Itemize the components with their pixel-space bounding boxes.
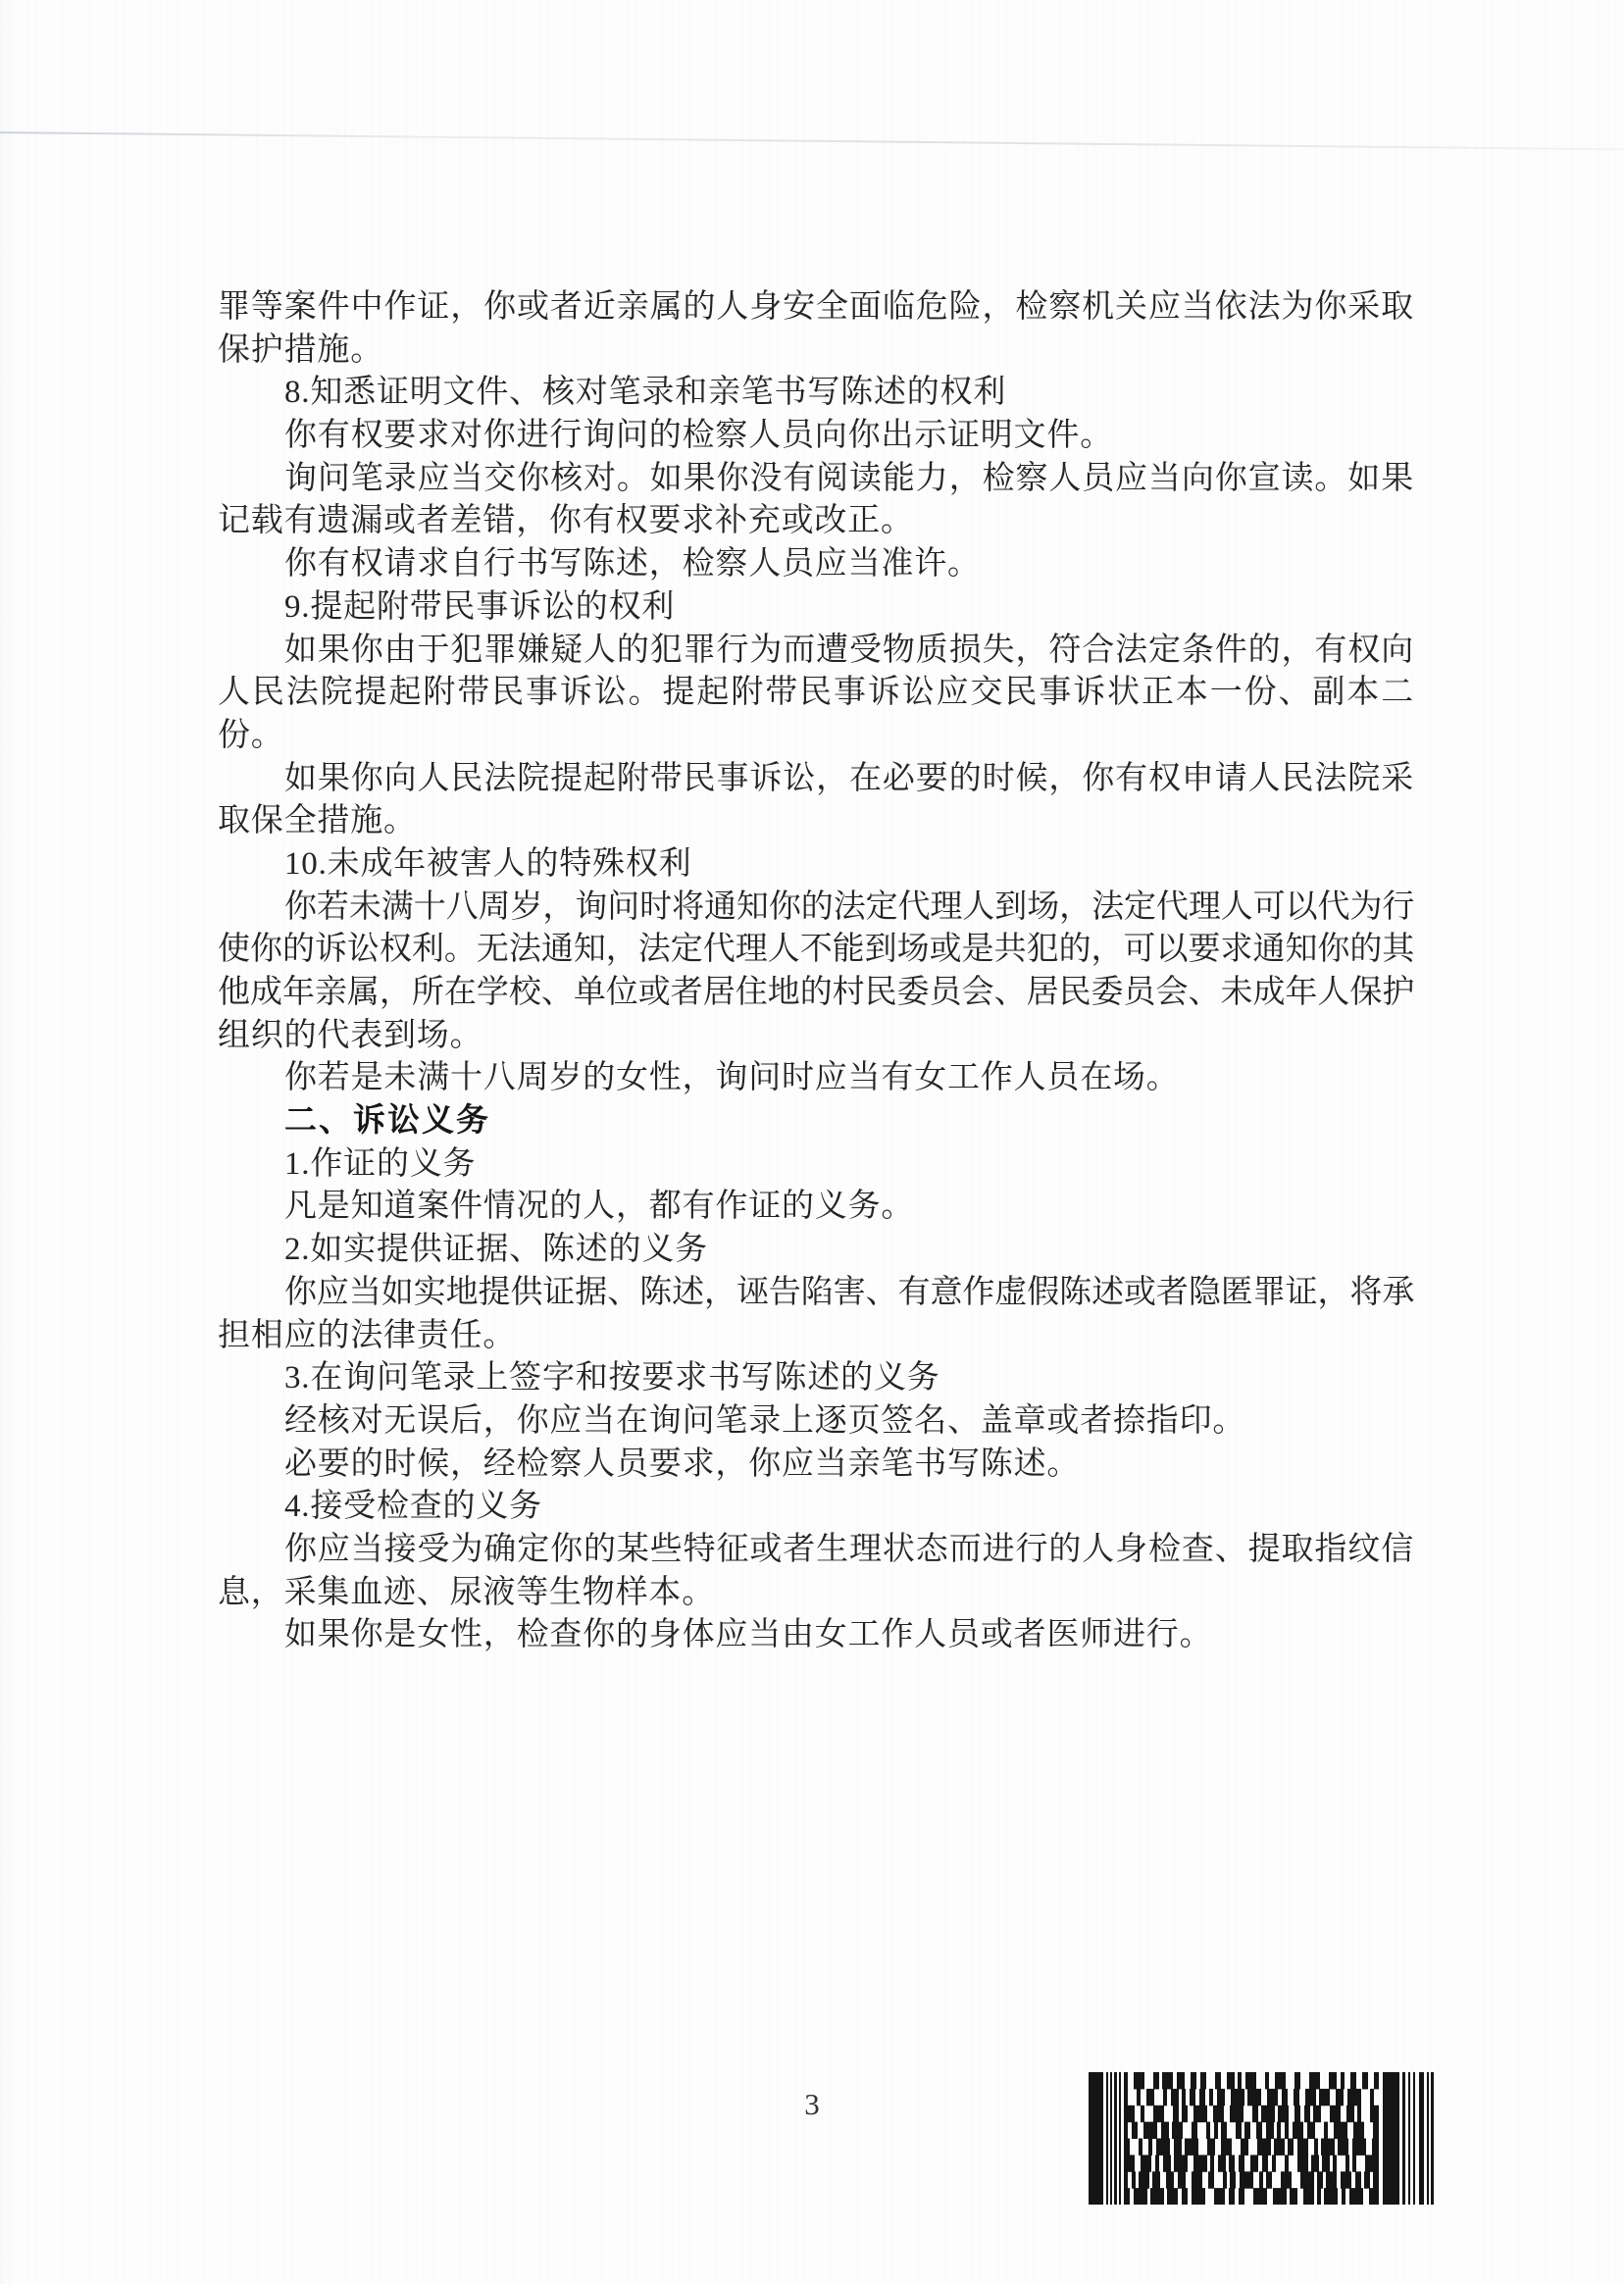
text-line: 如果你由于犯罪嫌疑人的犯罪行为而遭受物质损失，符合法定条件的，有权向 <box>218 630 1414 673</box>
text-line: 如果你是女性，检查你的身体应当由女工作人员或者医师进行。 <box>218 1614 1414 1657</box>
item-heading-10: 10.未成年被害人的特殊权利 <box>218 843 1414 887</box>
item-heading-2: 2.如实提供证据、陈述的义务 <box>218 1229 1414 1272</box>
text-line: 凡是知道案件情况的人，都有作证的义务。 <box>218 1186 1414 1229</box>
text-line: 人民法院提起附带民事诉讼。提起附带民事诉讼应交民事诉状正本一份、副本二 <box>218 672 1414 715</box>
text-line: 你有权要求对你进行询问的检察人员向你出示证明文件。 <box>218 415 1414 458</box>
text-line: 使你的诉讼权利。无法通知，法定代理人不能到场或是共犯的，可以要求通知你的其 <box>218 929 1414 972</box>
item-heading-3: 3.在询问笔录上签字和按要求书写陈述的义务 <box>218 1357 1414 1400</box>
text-line: 罪等案件中作证，你或者近亲属的人身安全面临危险，检察机关应当依法为你采取 <box>218 286 1414 330</box>
text-line: 你应当如实地提供证据、陈述，诬告陷害、有意作虚假陈述或者隐匿罪证，将承 <box>218 1272 1414 1315</box>
text-line: 担相应的法律责任。 <box>218 1315 1414 1358</box>
text-line: 他成年亲属，所在学校、单位或者居住地的村民委员会、居民委员会、未成年人保护 <box>218 972 1414 1015</box>
pdf417-barcode-graphic <box>1089 2072 1435 2205</box>
item-heading-4: 4.接受检查的义务 <box>218 1486 1414 1529</box>
text-line: 你若是未满十八周岁的女性，询问时应当有女工作人员在场。 <box>218 1057 1414 1100</box>
text-line: 询问笔录应当交你核对。如果你没有阅读能力，检察人员应当向你宣读。如果 <box>218 458 1414 501</box>
text-line: 如果你向人民法院提起附带民事诉讼，在必要的时候，你有权申请人民法院采 <box>218 758 1414 801</box>
text-line: 息，采集血迹、尿液等生物样本。 <box>218 1572 1414 1615</box>
item-heading-8: 8.知悉证明文件、核对笔录和亲笔书写陈述的权利 <box>218 372 1414 415</box>
text-line: 必要的时候，经检察人员要求，你应当亲笔书写陈述。 <box>218 1444 1414 1487</box>
text-line: 记载有遗漏或者差错，你有权要求补充或改正。 <box>218 500 1414 543</box>
scan-crease-line <box>0 131 1624 151</box>
text-line: 组织的代表到场。 <box>218 1015 1414 1058</box>
text-line: 你若未满十八周岁，询问时将通知你的法定代理人到场，法定代理人可以代为行 <box>218 887 1414 930</box>
document-body: 罪等案件中作证，你或者近亲属的人身安全面临危险，检察机关应当依法为你采取 保护措… <box>218 286 1414 1657</box>
text-line: 你应当接受为确定你的某些特征或者生理状态而进行的人身检查、提取指纹信 <box>218 1529 1414 1572</box>
item-heading-1: 1.作证的义务 <box>218 1143 1414 1187</box>
pdf417-barcode <box>1089 2072 1435 2205</box>
text-line: 你有权请求自行书写陈述，检察人员应当准许。 <box>218 543 1414 586</box>
section-heading-litigation-obligations: 二、诉讼义务 <box>218 1100 1414 1143</box>
text-line: 经核对无误后，你应当在询问笔录上逐页签名、盖章或者捺指印。 <box>218 1400 1414 1444</box>
text-line: 保护措施。 <box>218 330 1414 373</box>
item-heading-9: 9.提起附带民事诉讼的权利 <box>218 586 1414 630</box>
scanned-document-page: 罪等案件中作证，你或者近亲属的人身安全面临危险，检察机关应当依法为你采取 保护措… <box>0 0 1624 2284</box>
text-line: 份。 <box>218 715 1414 758</box>
text-line: 取保全措施。 <box>218 800 1414 843</box>
